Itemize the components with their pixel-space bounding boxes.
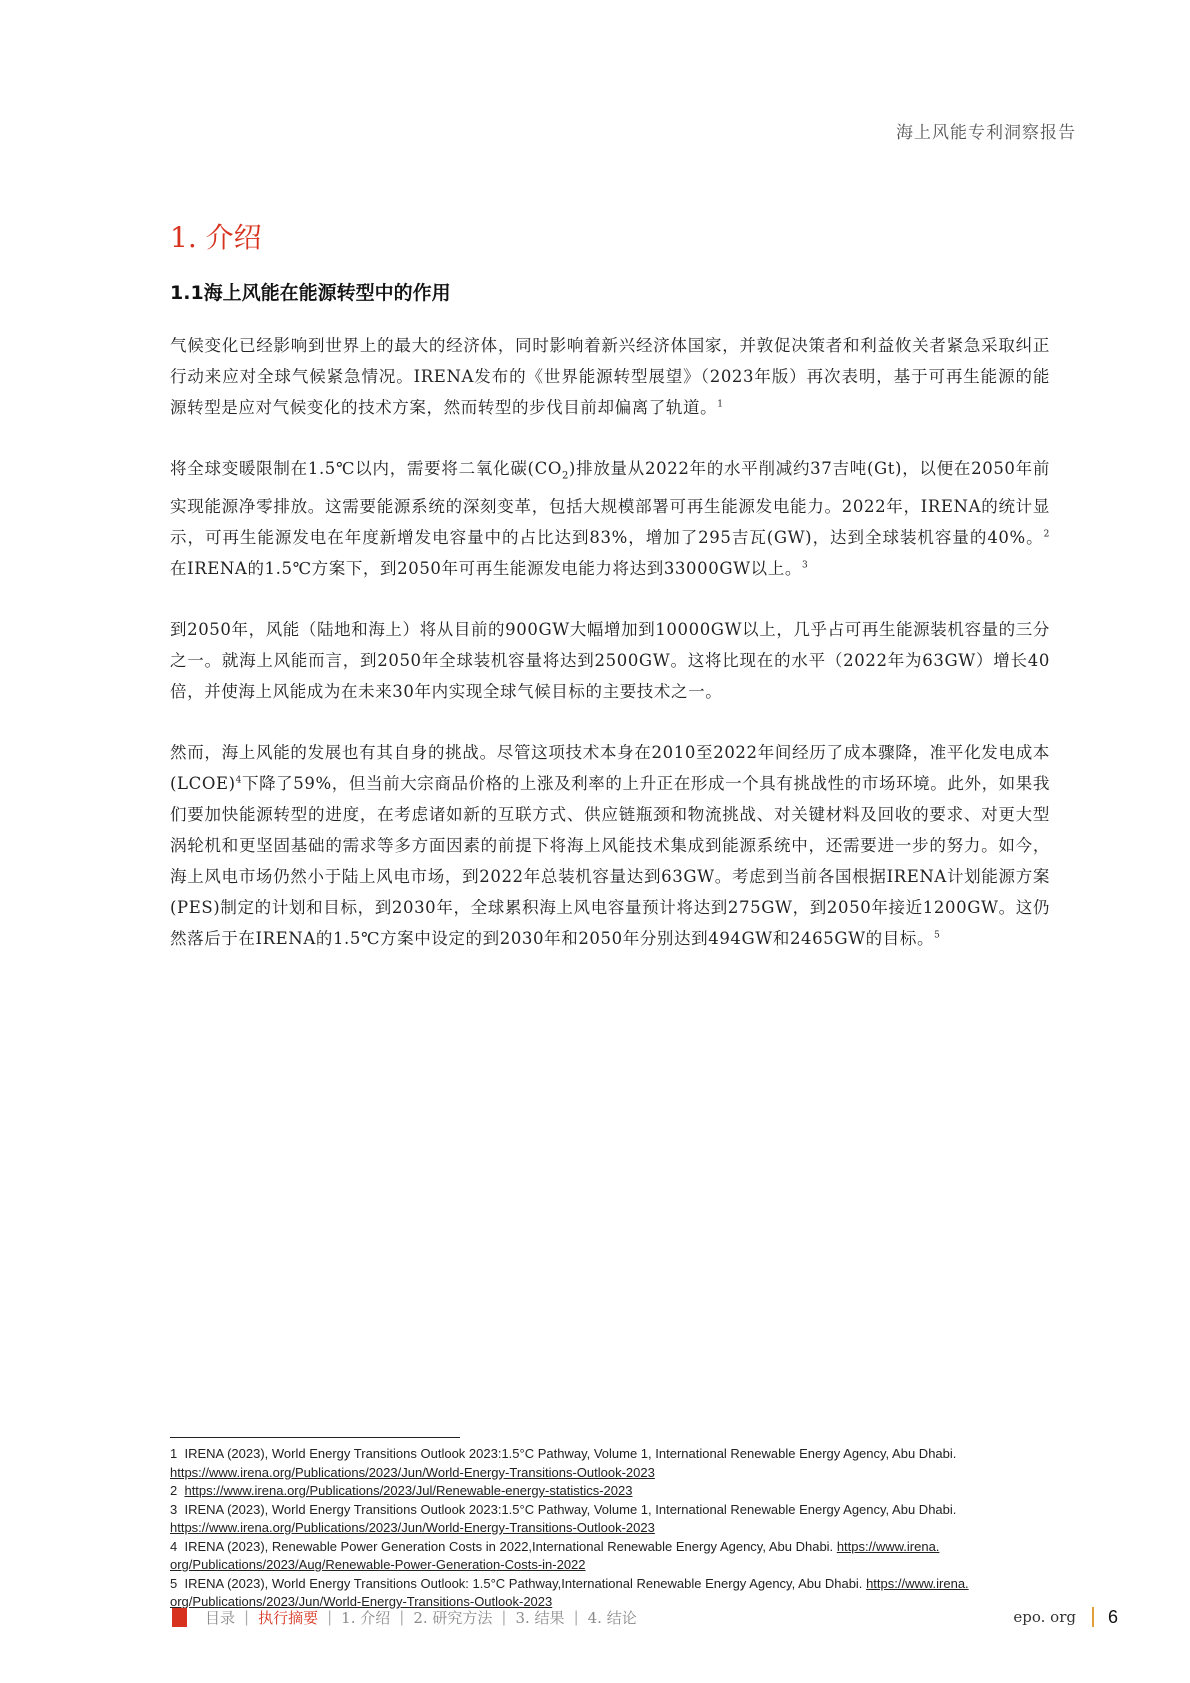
footnote-ref-5[interactable]: 5 (934, 931, 940, 941)
nav-separator: | (399, 1608, 404, 1626)
page-divider (1092, 1607, 1094, 1627)
footnote-2-link[interactable]: https://www.irena.org/Publications/2023/… (184, 1483, 632, 1498)
nav-separator: | (501, 1608, 506, 1626)
footnote-text: IRENA (2023), World Energy Transitions O… (184, 1446, 956, 1461)
footer-nav-results[interactable]: 3. 结果 (515, 1607, 564, 1628)
footnote-4-link-start[interactable]: https://www.irena. (837, 1539, 940, 1554)
paragraph-4: 然而，海上风能的发展也有其自身的挑战。尽管这项技术本身在2010至2022年间经… (170, 737, 1050, 954)
nav-separator: | (327, 1608, 332, 1626)
footnote-text: IRENA (2023), World Energy Transitions O… (184, 1502, 956, 1517)
footnote-5-link-start[interactable]: https://www.irena. (866, 1576, 969, 1591)
nav-separator: | (574, 1608, 579, 1626)
paragraph-text: 在IRENA的1.5℃方案下，到2050年可再生能源发电能力将达到33000GW… (170, 559, 802, 578)
footnote-number: 5 (170, 1576, 177, 1591)
footer-nav-toc[interactable]: 目录 (205, 1607, 235, 1628)
footer-nav-conclusion[interactable]: 4. 结论 (588, 1607, 637, 1628)
footer-navigation: 目录 | 执行摘要 | 1. 介绍 | 2. 研究方法 | 3. 结果 | 4.… (205, 1607, 637, 1628)
paragraph-1: 气候变化已经影响到世界上的最大的经济体，同时影响着新兴经济体国家，并敦促决策者和… (170, 330, 1050, 423)
main-content: 1. 介绍 1.1海上风能在能源转型中的作用 气候变化已经影响到世界上的最大的经… (170, 218, 1050, 984)
page-footer: 目录 | 执行摘要 | 1. 介绍 | 2. 研究方法 | 3. 结果 | 4.… (172, 1606, 1118, 1628)
running-header-title: 海上风能专利洞察报告 (896, 118, 1076, 143)
footnote-text: IRENA (2023), Renewable Power Generation… (184, 1539, 833, 1554)
paragraph-2: 将全球变暖限制在1.5℃以内，需要将二氧化碳(CO2)排放量从2022年的水平削… (170, 453, 1050, 584)
footer-right: epo. org 6 (1013, 1607, 1118, 1628)
footnote-number: 2 (170, 1483, 177, 1498)
footnote-3-link[interactable]: https://www.irena.org/Publications/2023/… (170, 1520, 655, 1535)
subsection-title: 1.1海上风能在能源转型中的作用 (170, 278, 1050, 308)
footnote-4-link-end[interactable]: org/Publications/2023/Aug/Renewable-Powe… (170, 1557, 586, 1572)
footnote-2: 2 https://www.irena.org/Publications/202… (170, 1482, 1050, 1501)
footnote-1: 1 IRENA (2023), World Energy Transitions… (170, 1445, 1050, 1464)
footnote-5: 5 IRENA (2023), World Energy Transitions… (170, 1575, 1050, 1594)
footnote-number: 3 (170, 1502, 177, 1517)
footer-nav-introduction[interactable]: 1. 介绍 (341, 1607, 390, 1628)
footnote-text: IRENA (2023), World Energy Transitions O… (184, 1576, 862, 1591)
footnote-ref-1[interactable]: 1 (717, 400, 723, 410)
paragraph-text: 将全球变暖限制在1.5℃以内，需要将二氧化碳(CO (170, 459, 562, 478)
footer-nav-methodology[interactable]: 2. 研究方法 (413, 1607, 492, 1628)
paragraph-text: 气候变化已经影响到世界上的最大的经济体，同时影响着新兴经济体国家，并敦促决策者和… (170, 336, 1050, 417)
paragraph-3: 到2050年，风能（陆地和海上）将从目前的900GW大幅增加到10000GW以上… (170, 614, 1050, 707)
site-link[interactable]: epo. org (1013, 1608, 1076, 1626)
nav-separator: | (244, 1608, 249, 1626)
footnote-ref-2[interactable]: 2 (1044, 530, 1050, 540)
footnote-ref-3[interactable]: 3 (802, 561, 808, 571)
footnote-1-link[interactable]: https://www.irena.org/Publications/2023/… (170, 1465, 655, 1480)
footnote-number: 4 (170, 1539, 177, 1554)
section-title: 1. 介绍 (170, 218, 1050, 258)
paragraph-text: 下降了59%，但当前大宗商品价格的上涨及利率的上升正在形成一个具有挑战性的市场环… (170, 774, 1050, 948)
co2-subscript: 2 (562, 470, 569, 481)
footer-nav-executive-summary[interactable]: 执行摘要 (258, 1607, 318, 1628)
footnote-number: 1 (170, 1446, 177, 1461)
footnotes: 1 IRENA (2023), World Energy Transitions… (170, 1445, 1050, 1612)
footnote-divider (170, 1437, 460, 1438)
footnote-4: 4 IRENA (2023), Renewable Power Generati… (170, 1538, 1050, 1557)
page-number: 6 (1108, 1607, 1118, 1628)
footnote-3: 3 IRENA (2023), World Energy Transitions… (170, 1501, 1050, 1520)
footer-red-marker (172, 1608, 187, 1627)
